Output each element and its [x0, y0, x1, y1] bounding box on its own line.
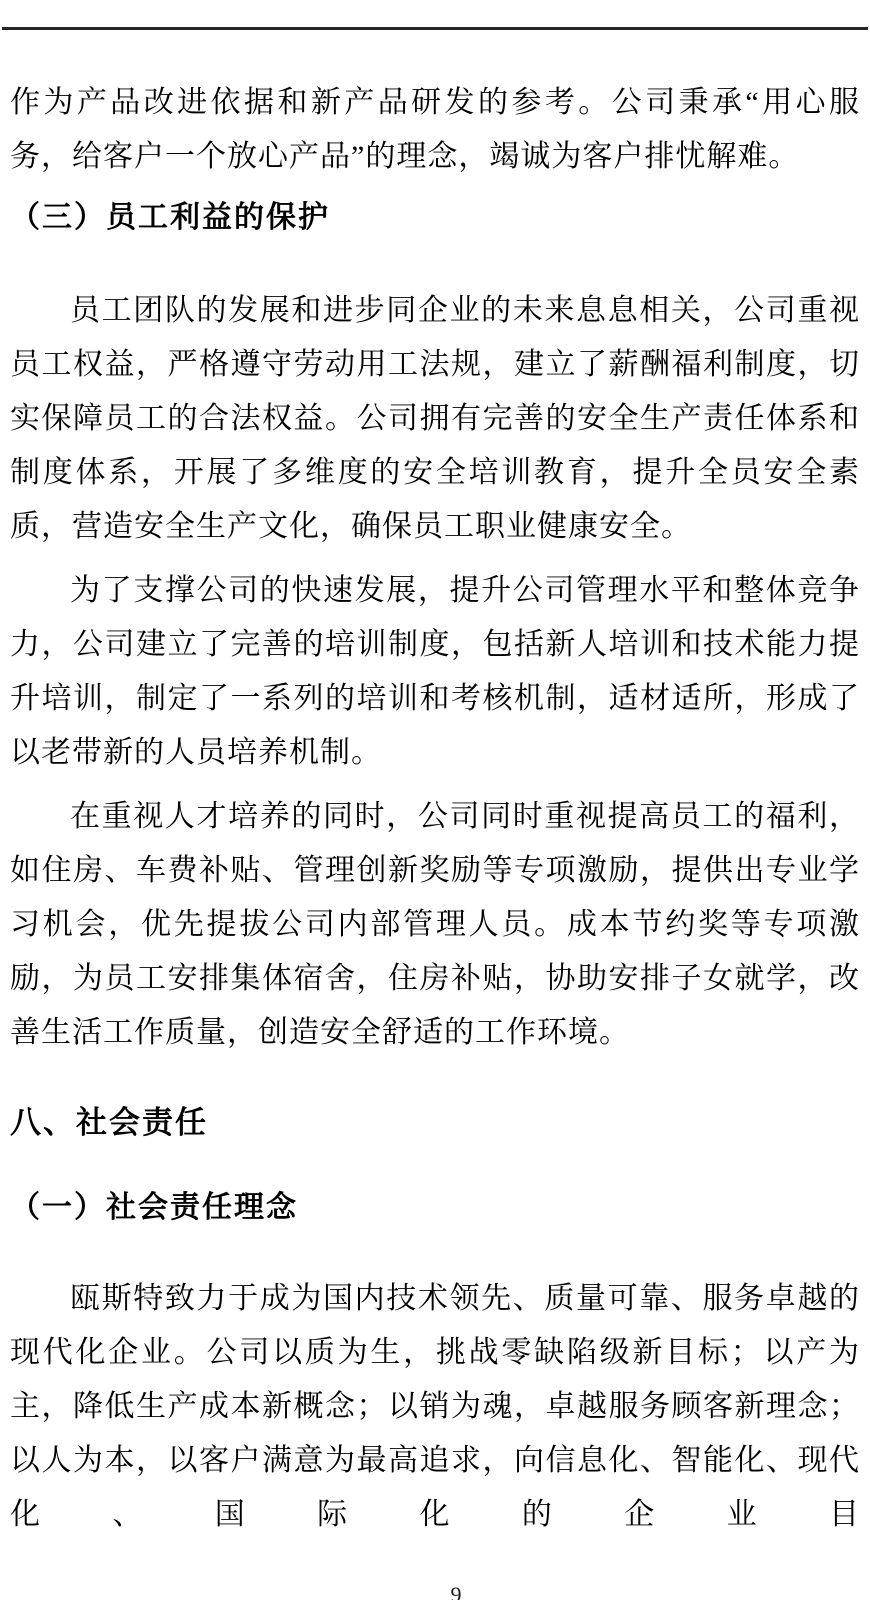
heading-section-csr-concept: （一）社会责任理念 [10, 1190, 860, 1226]
page-content: 作为产品改进依据和新产品研发的参考。公司秉承“用心服务，给客户一个放心产品”的理… [10, 0, 860, 1600]
page-number: 9 [10, 1584, 860, 1600]
paragraph-csr-concept: 瓯斯特致力于成为国内技术领先、质量可靠、服务卓越的现代化企业。公司以质为生，挑战… [10, 1272, 860, 1542]
paragraph-continued-customer-service: 作为产品改进依据和新产品研发的参考。公司秉承“用心服务，给客户一个放心产品”的理… [10, 76, 860, 184]
paragraph-employee-welfare: 在重视人才培养的同时，公司同时重视提高员工的福利，如住房、车费补贴、管理创新奖励… [10, 790, 860, 1060]
paragraph-training-system: 为了支撑公司的快速发展，提升公司管理水平和整体竞争力，公司建立了完善的培训制度，… [10, 564, 860, 780]
paragraph-employee-rights: 员工团队的发展和进步同企业的未来息息相关，公司重视员工权益，严格遵守劳动用工法规… [10, 284, 860, 554]
heading-section-employee-protection: （三）员工利益的保护 [10, 200, 860, 236]
heading-chapter-social-responsibility: 八、社会责任 [10, 1104, 860, 1142]
document-page: 作为产品改进依据和新产品研发的参考。公司秉承“用心服务，给客户一个放心产品”的理… [0, 0, 870, 1600]
